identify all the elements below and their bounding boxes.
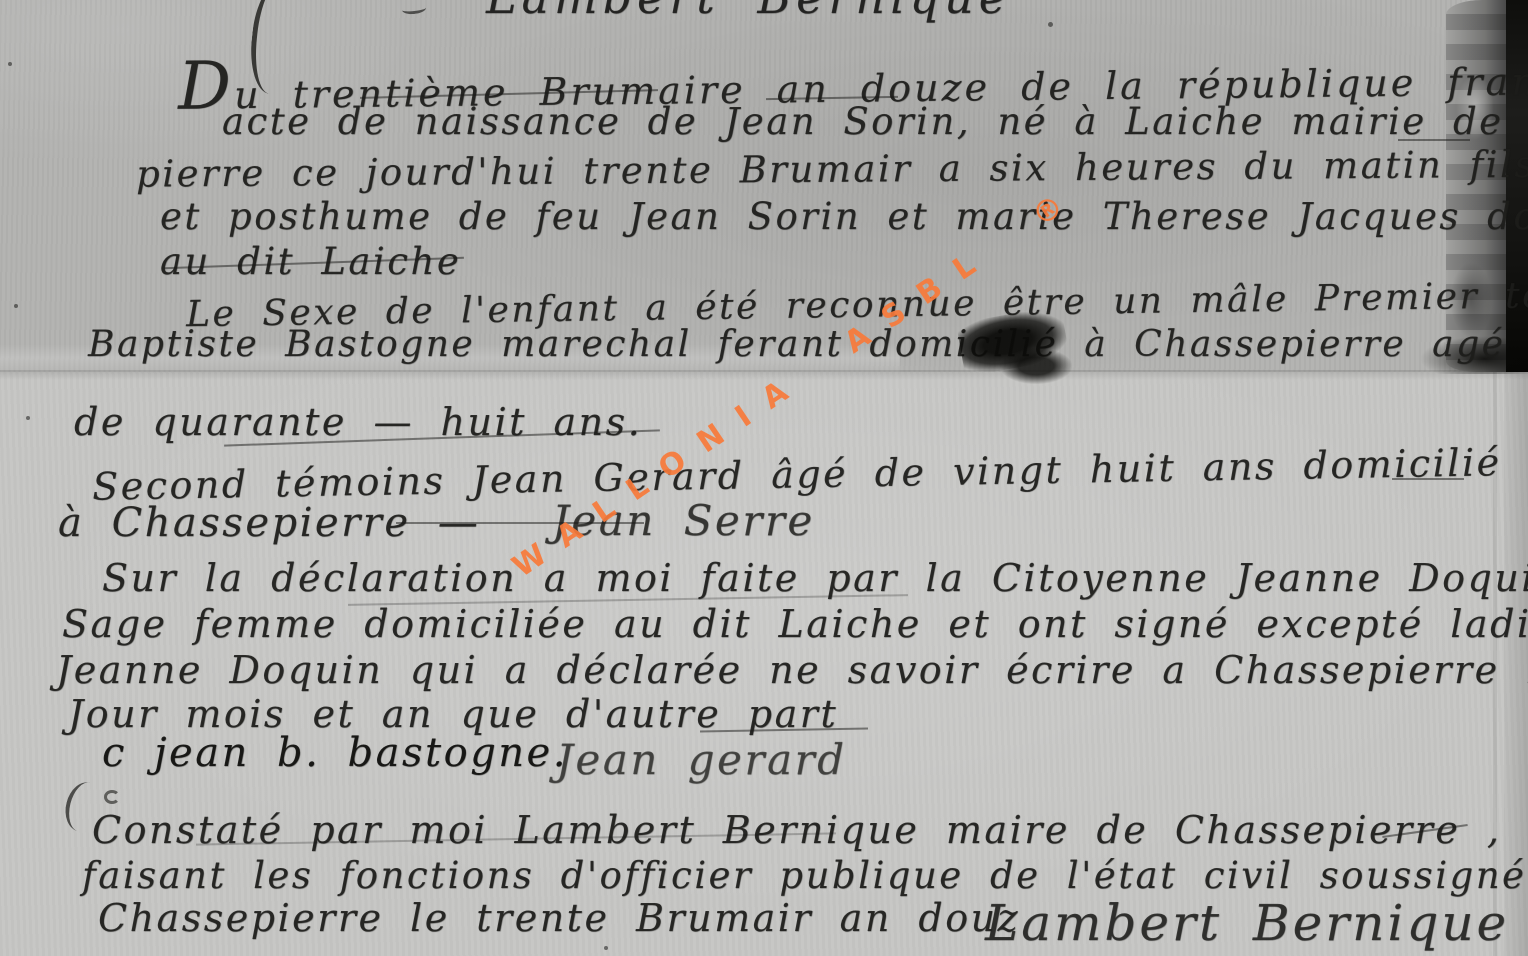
manuscript-scan: Lambert Bernique Du trentième Brumaire a… — [0, 0, 1528, 956]
paper-speck — [604, 946, 608, 950]
line-parents: et posthume de feu Jean Sorin et marie T… — [160, 195, 1528, 238]
signature-witness1: c jean b. bastogne. — [102, 730, 568, 776]
line-witness-age: de quarante — huit ans. — [74, 400, 642, 444]
line-cannot-write: Jeanne Doquin qui a déclarée ne savoir é… — [56, 648, 1528, 692]
paper-speck — [26, 416, 30, 420]
line-midwife: Sage femme domiciliée au dit Laiche et o… — [62, 602, 1528, 646]
flourish-line — [1392, 478, 1464, 480]
false-start-e-stroke — [104, 790, 120, 804]
paper-speck — [1048, 22, 1053, 27]
line-birth-act: acte de naissance de Jean Sorin, né à La… — [222, 100, 1528, 143]
signature-mayor: Lambert Bernique — [985, 894, 1509, 952]
line-place-date: Chassepierre le trente Brumair an douz — [98, 896, 1020, 940]
header-mayor-name-cropped: Lambert Bernique — [486, 0, 1011, 24]
line-declaration: Sur la déclaration a moi faite par la Ci… — [102, 556, 1528, 600]
flourish-line — [1398, 139, 1470, 141]
paper-speck — [8, 62, 12, 66]
ink-blot-small — [1000, 348, 1072, 384]
paper-speck — [14, 304, 18, 308]
line-officer-functions: faisant les fonctions d'officier publiqu… — [82, 854, 1528, 897]
signature-witness2: Jean gerard — [556, 735, 846, 784]
line-certified-by-mayor: Constaté par moi Lambert Bernique maire … — [92, 808, 1502, 852]
